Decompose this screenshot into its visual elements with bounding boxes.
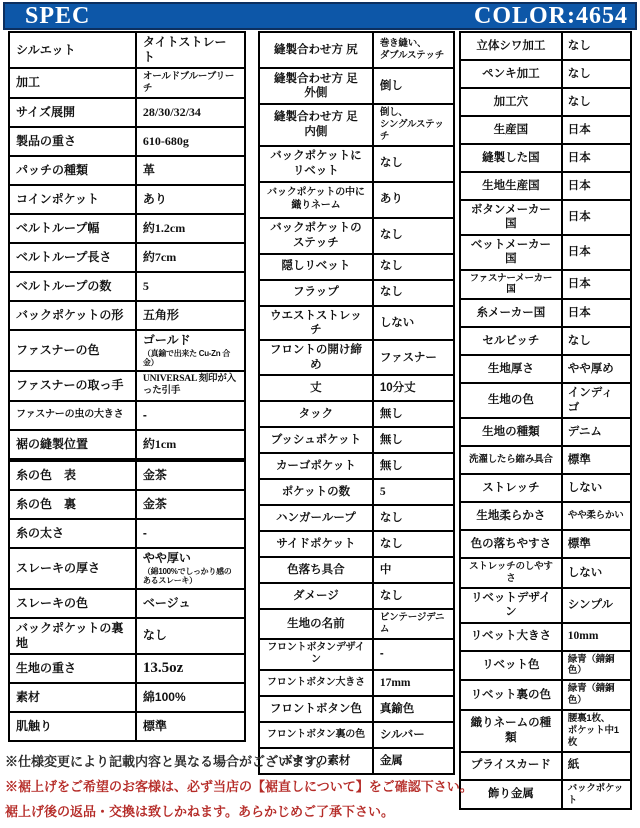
spec-label: 生地生産国 — [461, 173, 563, 199]
spec-value: ゴールド（真鍮で出来た Cu-Zn 合金） — [137, 331, 244, 370]
spec-value-text: 5 — [143, 279, 149, 294]
spec-value: ファスナー — [374, 341, 453, 374]
spec-value: オールドブルーブリーチ — [137, 69, 244, 97]
spec-value-text: 28/30/32/34 — [143, 105, 201, 120]
spec-row: 生地柔らかさやや柔らかい — [461, 503, 630, 531]
spec-label: 生地の色 — [461, 384, 563, 417]
spec-label: 生地柔らかさ — [461, 503, 563, 529]
spec-row: 生産国日本 — [461, 117, 630, 145]
spec-value: 無し — [374, 454, 453, 478]
spec-label: 色落ち具合 — [260, 558, 374, 582]
spec-value: 日本 — [563, 173, 630, 199]
spec-row: 糸メーカー国日本 — [461, 300, 630, 328]
spec-label: ダメージ — [260, 584, 374, 608]
spec-value-text: 無し — [380, 459, 403, 473]
spec-value-note: （綿100%でしっかり感のあるスレーキ） — [143, 567, 238, 586]
spec-label: 生地の重さ — [10, 655, 137, 682]
spec-label: ポケットの数 — [260, 480, 374, 504]
spec-label: 糸の色 表 — [10, 462, 137, 489]
spec-row: 加工穴なし — [461, 89, 630, 117]
spec-value-text: 日本 — [568, 179, 591, 193]
spec-row: 隠しリベットなし — [260, 255, 453, 281]
spec-value-text: ビンテージデニム — [380, 612, 447, 636]
spec-row: 洗濯したら縮み具合標準 — [461, 447, 630, 475]
spec-value: 日本 — [563, 300, 630, 326]
spec-value-text: 革 — [143, 163, 155, 178]
spec-value: 日本 — [563, 117, 630, 143]
spec-value-text: シルバー — [380, 728, 425, 742]
spec-label: リベット色 — [461, 652, 563, 680]
spec-sheet: SPEC COLOR:4654 シルエットタイトストレート加工オールドブルーブリ… — [0, 0, 640, 828]
spec-label: フロントボタン裏の色 — [260, 723, 374, 747]
spec-value: なし — [563, 33, 630, 59]
spec-label: ファスナーメーカー国 — [461, 271, 563, 299]
spec-title: SPEC — [25, 4, 90, 28]
spec-row: ファスナーメーカー国日本 — [461, 271, 630, 301]
spec-value-text: - — [380, 647, 384, 661]
spec-value-text: 巻き縫い、 ダブルステッチ — [380, 38, 444, 62]
spec-value-text: なし — [380, 156, 403, 170]
spec-label: サイドポケット — [260, 532, 374, 556]
spec-value: なし — [563, 89, 630, 115]
spec-value: ビンテージデニム — [374, 610, 453, 638]
spec-value-text: なし — [568, 39, 591, 53]
spec-value: やや厚い（綿100%でしっかり感のあるスレーキ） — [137, 549, 244, 588]
spec-value: 610-680g — [137, 128, 244, 155]
spec-label: 糸メーカー国 — [461, 300, 563, 326]
spec-value-text: しない — [380, 316, 415, 330]
spec-value-text: - — [143, 408, 147, 423]
spec-value-text: なし — [568, 95, 591, 109]
spec-row: ダメージなし — [260, 584, 453, 610]
spec-label: 製品の重さ — [10, 128, 137, 155]
spec-value: あり — [137, 186, 244, 213]
spec-row: ウエストストレッチしない — [260, 307, 453, 342]
spec-label: ファスナーの色 — [10, 331, 137, 370]
spec-value-text: なし — [568, 334, 591, 348]
spec-value: 約1cm — [137, 431, 244, 458]
spec-value-text: しない — [568, 566, 603, 580]
spec-row: リベットデザインシンプル — [461, 589, 630, 624]
spec-value-text: 17mm — [380, 676, 411, 690]
spec-row: 生地の名前ビンテージデニム — [260, 610, 453, 640]
spec-row: 糸の色 表金茶 — [10, 460, 244, 491]
spec-value: なし — [137, 619, 244, 653]
spec-value: 約1.2cm — [137, 215, 244, 242]
spec-value-text: オールドブルーブリーチ — [143, 71, 238, 95]
spec-row: 裾の縫製位置約1cm — [10, 431, 244, 460]
spec-row: ボタンメーカー国日本 — [461, 201, 630, 236]
spec-value: あり — [374, 183, 453, 217]
spec-label: 立体シワ加工 — [461, 33, 563, 59]
spec-value-text: 約1.2cm — [143, 221, 185, 236]
spec-label: 素材 — [10, 684, 137, 711]
spec-label: 糸の色 裏 — [10, 491, 137, 518]
spec-value: 五角形 — [137, 302, 244, 329]
color-code: COLOR:4654 — [474, 4, 628, 28]
spec-row: 色の落ちやすさ標準 — [461, 531, 630, 559]
spec-value: なし — [563, 61, 630, 87]
spec-row: セルビッチなし — [461, 328, 630, 356]
spec-value: なし — [374, 532, 453, 556]
spec-row: パッチの種類革 — [10, 157, 244, 186]
spec-value: 綿100% — [137, 684, 244, 711]
spec-value: - — [137, 520, 244, 547]
spec-label: ベルトループ長さ — [10, 244, 137, 271]
spec-label: ベットメーカー国 — [461, 236, 563, 269]
spec-row: コインポケットあり — [10, 186, 244, 215]
spec-row: リベット裏の色緑青（錆銅色） — [461, 681, 630, 711]
spec-value: 腰裏1枚、 ポケット中1枚 — [563, 711, 630, 751]
spec-row: バックポケットの中に 織りネームあり — [260, 183, 453, 219]
spec-label: ブッシュポケット — [260, 428, 374, 452]
spec-label: 色の落ちやすさ — [461, 531, 563, 557]
spec-value-note: （真鍮で出来た Cu-Zn 合金） — [143, 349, 238, 368]
spec-value: 5 — [137, 273, 244, 300]
spec-row: 糸の太さ- — [10, 520, 244, 549]
spec-row: カーゴポケット無し — [260, 454, 453, 480]
spec-value-text: 日本 — [568, 245, 591, 259]
title-bar: SPEC COLOR:4654 — [3, 2, 637, 30]
spec-row: スレーキの色ベージュ — [10, 590, 244, 619]
spec-value: なし — [374, 506, 453, 530]
spec-row: ポケットの数5 — [260, 480, 453, 506]
spec-label: パッチの種類 — [10, 157, 137, 184]
spec-value: 日本 — [563, 201, 630, 234]
spec-value-text: 金茶 — [143, 497, 167, 512]
spec-label: バックポケットの ステッチ — [260, 219, 374, 253]
spec-row: ベルトループ幅約1.2cm — [10, 215, 244, 244]
spec-label: 生地厚さ — [461, 356, 563, 382]
spec-value-text: 5 — [380, 485, 386, 499]
spec-label: 生産国 — [461, 117, 563, 143]
spec-value: 10分丈 — [374, 376, 453, 400]
spec-value-text: 倒し — [380, 79, 403, 93]
spec-row: 縫製合わせ方 尻巻き縫い、 ダブルステッチ — [260, 33, 453, 69]
spec-value-text: 綿100% — [143, 690, 186, 705]
spec-row: 肌触り標準 — [10, 713, 244, 740]
spec-value: - — [137, 402, 244, 429]
spec-value: 無し — [374, 428, 453, 452]
spec-row: フロントボタンデザイン- — [260, 640, 453, 671]
spec-value-text: やや厚め — [568, 362, 614, 376]
spec-label: ファスナーの取っ手 — [10, 372, 137, 400]
spec-label: セルビッチ — [461, 328, 563, 354]
spec-label: ストレッチのしやすさ — [461, 559, 563, 587]
spec-table-middle: 縫製合わせ方 尻巻き縫い、 ダブルステッチ縫製合わせ方 足 外側倒し縫製合わせ方… — [258, 31, 455, 775]
spec-value-text: デニム — [568, 425, 602, 439]
spec-row: フロントボタン大きさ17mm — [260, 671, 453, 697]
spec-row: ブッシュポケット無し — [260, 428, 453, 454]
spec-value-text: 13.5oz — [143, 659, 183, 678]
spec-label: タック — [260, 402, 374, 426]
spec-value: 標準 — [563, 531, 630, 557]
spec-label: バックポケットの形 — [10, 302, 137, 329]
spec-label: フロントボタンデザイン — [260, 640, 374, 669]
spec-value-text: 日本 — [568, 306, 591, 320]
spec-label: 隠しリベット — [260, 255, 374, 279]
spec-value: デニム — [563, 419, 630, 445]
spec-row: 加工オールドブルーブリーチ — [10, 69, 244, 99]
spec-value: しない — [563, 559, 630, 587]
spec-value: 28/30/32/34 — [137, 99, 244, 126]
spec-value-text: なし — [143, 628, 167, 643]
spec-label: リベット大きさ — [461, 624, 563, 650]
spec-row: 生地の種類デニム — [461, 419, 630, 447]
spec-row: ペンキ加工なし — [461, 61, 630, 89]
spec-value: 革 — [137, 157, 244, 184]
spec-value: 緑青（錆銅色） — [563, 652, 630, 680]
spec-row: ストレッチのしやすさしない — [461, 559, 630, 589]
spec-value: UNIVERSAL 刻印が入った引手 — [137, 372, 244, 400]
spec-label: コインポケット — [10, 186, 137, 213]
spec-value-text: インディゴ — [568, 386, 624, 415]
spec-row: ベルトループの数5 — [10, 273, 244, 302]
spec-row: バックポケットに リベットなし — [260, 147, 453, 183]
spec-value-text: 10mm — [568, 629, 599, 643]
spec-label: スレーキの色 — [10, 590, 137, 617]
spec-label: ファスナーの虫の大きさ — [10, 402, 137, 429]
footer-note: ※仕様変更により記載内容と異なる場合がございます。 — [5, 753, 635, 770]
spec-value: 標準 — [137, 713, 244, 740]
spec-label: フロントボタン色 — [260, 697, 374, 721]
spec-row: バックポケットの裏地なし — [10, 619, 244, 655]
spec-value: なし — [374, 255, 453, 279]
spec-value-text: 腰裏1枚、 ポケット中1枚 — [568, 713, 624, 749]
spec-row: 糸の色 裏金茶 — [10, 491, 244, 520]
spec-table-left: シルエットタイトストレート加工オールドブルーブリーチサイズ展開28/30/32/… — [8, 31, 246, 742]
spec-value: 金茶 — [137, 462, 244, 489]
spec-value: なし — [374, 584, 453, 608]
spec-value-text: 無し — [380, 407, 403, 421]
spec-label: 加工穴 — [461, 89, 563, 115]
spec-row: フロントボタン色真鍮色 — [260, 697, 453, 723]
spec-value: - — [374, 640, 453, 669]
spec-label: 縫製合わせ方 足 内側 — [260, 105, 374, 145]
spec-row: 縫製した国日本 — [461, 145, 630, 173]
spec-value: なし — [374, 147, 453, 181]
spec-value-text: 約1cm — [143, 437, 176, 452]
spec-row: サイズ展開28/30/32/34 — [10, 99, 244, 128]
spec-value-text: シンプル — [568, 598, 613, 612]
spec-value-text: あり — [380, 192, 403, 206]
spec-row: ストレッチしない — [461, 475, 630, 503]
spec-value: 倒し、 シングルステッチ — [374, 105, 453, 145]
spec-label: リベットデザイン — [461, 589, 563, 622]
spec-value: 中 — [374, 558, 453, 582]
spec-label: ウエストストレッチ — [260, 307, 374, 340]
spec-value: しない — [563, 475, 630, 501]
spec-value: 真鍮色 — [374, 697, 453, 721]
spec-label: 縫製合わせ方 尻 — [260, 33, 374, 67]
spec-label: 洗濯したら縮み具合 — [461, 447, 563, 473]
spec-value: 無し — [374, 402, 453, 426]
spec-value: やや柔らかい — [563, 503, 630, 529]
spec-label: ストレッチ — [461, 475, 563, 501]
spec-value-text: しない — [568, 481, 603, 495]
spec-value-text: 日本 — [568, 151, 591, 165]
spec-row: フロントボタン裏の色シルバー — [260, 723, 453, 749]
spec-value: 10mm — [563, 624, 630, 650]
spec-value-text: 真鍮色 — [380, 702, 415, 716]
spec-row: 素材綿100% — [10, 684, 244, 713]
spec-value-text: 標準 — [568, 537, 591, 551]
spec-row: バックポケットの形五角形 — [10, 302, 244, 331]
spec-value: 日本 — [563, 145, 630, 171]
spec-value: ベージュ — [137, 590, 244, 617]
spec-value: 5 — [374, 480, 453, 504]
spec-value-text: 倒し、 シングルステッチ — [380, 107, 447, 143]
spec-value-text: 日本 — [568, 123, 591, 137]
spec-value-text: ファスナー — [380, 351, 437, 365]
spec-value-text: なし — [380, 259, 403, 273]
spec-row: リベット大きさ10mm — [461, 624, 630, 652]
spec-value-text: なし — [380, 511, 403, 525]
spec-value: 巻き縫い、 ダブルステッチ — [374, 33, 453, 67]
spec-label: シルエット — [10, 33, 137, 67]
spec-row: ベルトループ長さ約7cm — [10, 244, 244, 273]
spec-value: 約7cm — [137, 244, 244, 271]
spec-value-text: - — [143, 526, 147, 541]
spec-row: 縫製合わせ方 足 内側倒し、 シングルステッチ — [260, 105, 453, 147]
spec-row: ファスナーの色ゴールド（真鍮で出来た Cu-Zn 合金） — [10, 331, 244, 372]
spec-label: ボタンメーカー国 — [461, 201, 563, 234]
spec-value: 金茶 — [137, 491, 244, 518]
spec-row: シルエットタイトストレート — [10, 33, 244, 69]
spec-label: バックポケットの中に 織りネーム — [260, 183, 374, 217]
spec-value-text: ゴールド — [143, 333, 191, 348]
spec-value-text: 約7cm — [143, 250, 176, 265]
spec-value: 倒し — [374, 69, 453, 103]
spec-row: リベット色緑青（錆銅色） — [461, 652, 630, 682]
spec-row: 生地の色インディゴ — [461, 384, 630, 419]
spec-label: 肌触り — [10, 713, 137, 740]
spec-value-text: なし — [380, 589, 403, 603]
spec-value: なし — [563, 328, 630, 354]
spec-value: インディゴ — [563, 384, 630, 417]
spec-label: 糸の太さ — [10, 520, 137, 547]
spec-value-text: なし — [380, 537, 403, 551]
spec-row: 製品の重さ610-680g — [10, 128, 244, 157]
spec-label: カーゴポケット — [260, 454, 374, 478]
spec-value-text: やや厚い — [143, 551, 191, 566]
spec-row: ハンガーループなし — [260, 506, 453, 532]
spec-value: 緑青（錆銅色） — [563, 681, 630, 709]
spec-value-text: なし — [568, 67, 591, 81]
spec-label: ベルトループの数 — [10, 273, 137, 300]
spec-value: 日本 — [563, 236, 630, 269]
spec-value-text: 金茶 — [143, 468, 167, 483]
spec-label: バックポケットに リベット — [260, 147, 374, 181]
spec-value-text: 五角形 — [143, 308, 179, 323]
spec-row: タック無し — [260, 402, 453, 428]
spec-value: 17mm — [374, 671, 453, 695]
spec-label: 縫製した国 — [461, 145, 563, 171]
spec-label: 生地の種類 — [461, 419, 563, 445]
spec-value-text: 中 — [380, 563, 392, 577]
spec-value-text: 日本 — [568, 277, 591, 291]
spec-value: タイトストレート — [137, 33, 244, 67]
spec-row: ファスナーの虫の大きさ- — [10, 402, 244, 431]
spec-value-text: ベージュ — [143, 596, 191, 611]
spec-value-text: 無し — [380, 433, 403, 447]
spec-value: なし — [374, 219, 453, 253]
spec-value-text: タイトストレート — [143, 35, 238, 65]
spec-value: 日本 — [563, 271, 630, 299]
spec-value: やや厚め — [563, 356, 630, 382]
spec-label: 裾の縫製位置 — [10, 431, 137, 458]
spec-label: ベルトループ幅 — [10, 215, 137, 242]
spec-row: 丈10分丈 — [260, 376, 453, 402]
spec-row: バックポケットの ステッチなし — [260, 219, 453, 255]
spec-value: 13.5oz — [137, 655, 244, 682]
spec-value-text: 610-680g — [143, 134, 189, 149]
spec-row: 織りネームの種類腰裏1枚、 ポケット中1枚 — [461, 711, 630, 753]
spec-value-text: 緑青（錆銅色） — [568, 683, 624, 707]
spec-label: リベット裏の色 — [461, 681, 563, 709]
spec-label: フロントの開け締め — [260, 341, 374, 374]
spec-row: フロントの開け締めファスナー — [260, 341, 453, 376]
spec-value-text: やや柔らかい — [568, 510, 624, 522]
spec-table-right: 立体シワ加工なしペンキ加工なし加工穴なし生産国日本縫製した国日本生地生産国日本ボ… — [459, 31, 632, 810]
footer-note: ※裾上げをご希望のお客様は、必ず当店の【裾直しについて】をご確認下さい。 — [5, 778, 635, 795]
spec-value-text: 緑青（錆銅色） — [568, 654, 624, 678]
spec-label: ハンガーループ — [260, 506, 374, 530]
spec-label: 生地の名前 — [260, 610, 374, 638]
spec-row: 生地厚さやや厚め — [461, 356, 630, 384]
spec-label: サイズ展開 — [10, 99, 137, 126]
spec-label: 縫製合わせ方 足 外側 — [260, 69, 374, 103]
spec-value: しない — [374, 307, 453, 340]
spec-value-text: UNIVERSAL 刻印が入った引手 — [143, 374, 238, 398]
spec-row: ファスナーの取っ手UNIVERSAL 刻印が入った引手 — [10, 372, 244, 402]
spec-row: 縫製合わせ方 足 外側倒し — [260, 69, 453, 105]
spec-label: ペンキ加工 — [461, 61, 563, 87]
spec-value: シルバー — [374, 723, 453, 747]
spec-value-text: 標準 — [568, 453, 591, 467]
spec-value-text: 10分丈 — [380, 381, 416, 395]
spec-row: 立体シワ加工なし — [461, 33, 630, 61]
spec-label: 加工 — [10, 69, 137, 97]
spec-label: スレーキの厚さ — [10, 549, 137, 588]
spec-label: フロントボタン大きさ — [260, 671, 374, 695]
spec-value-text: なし — [380, 285, 403, 299]
spec-row: ベットメーカー国日本 — [461, 236, 630, 271]
spec-row: 生地の重さ13.5oz — [10, 655, 244, 684]
spec-row: フラップなし — [260, 281, 453, 307]
spec-value: なし — [374, 281, 453, 305]
spec-value-text: あり — [143, 192, 167, 207]
spec-row: 生地生産国日本 — [461, 173, 630, 201]
spec-label: バックポケットの裏地 — [10, 619, 137, 653]
spec-label: 丈 — [260, 376, 374, 400]
spec-row: サイドポケットなし — [260, 532, 453, 558]
footer-note: 裾上げ後の返品・交換は致しかねます。あらかじめご了承下さい。 — [5, 803, 635, 820]
spec-label: フラップ — [260, 281, 374, 305]
spec-row: 色落ち具合中 — [260, 558, 453, 584]
spec-value: 標準 — [563, 447, 630, 473]
footer-notes: ※仕様変更により記載内容と異なる場合がございます。※裾上げをご希望のお客様は、必… — [5, 753, 635, 828]
spec-row: スレーキの厚さやや厚い（綿100%でしっかり感のあるスレーキ） — [10, 549, 244, 590]
spec-value: シンプル — [563, 589, 630, 622]
spec-value-text: 日本 — [568, 210, 591, 224]
spec-value-text: なし — [380, 228, 403, 242]
spec-label: 織りネームの種類 — [461, 711, 563, 751]
spec-value-text: 標準 — [143, 719, 167, 734]
